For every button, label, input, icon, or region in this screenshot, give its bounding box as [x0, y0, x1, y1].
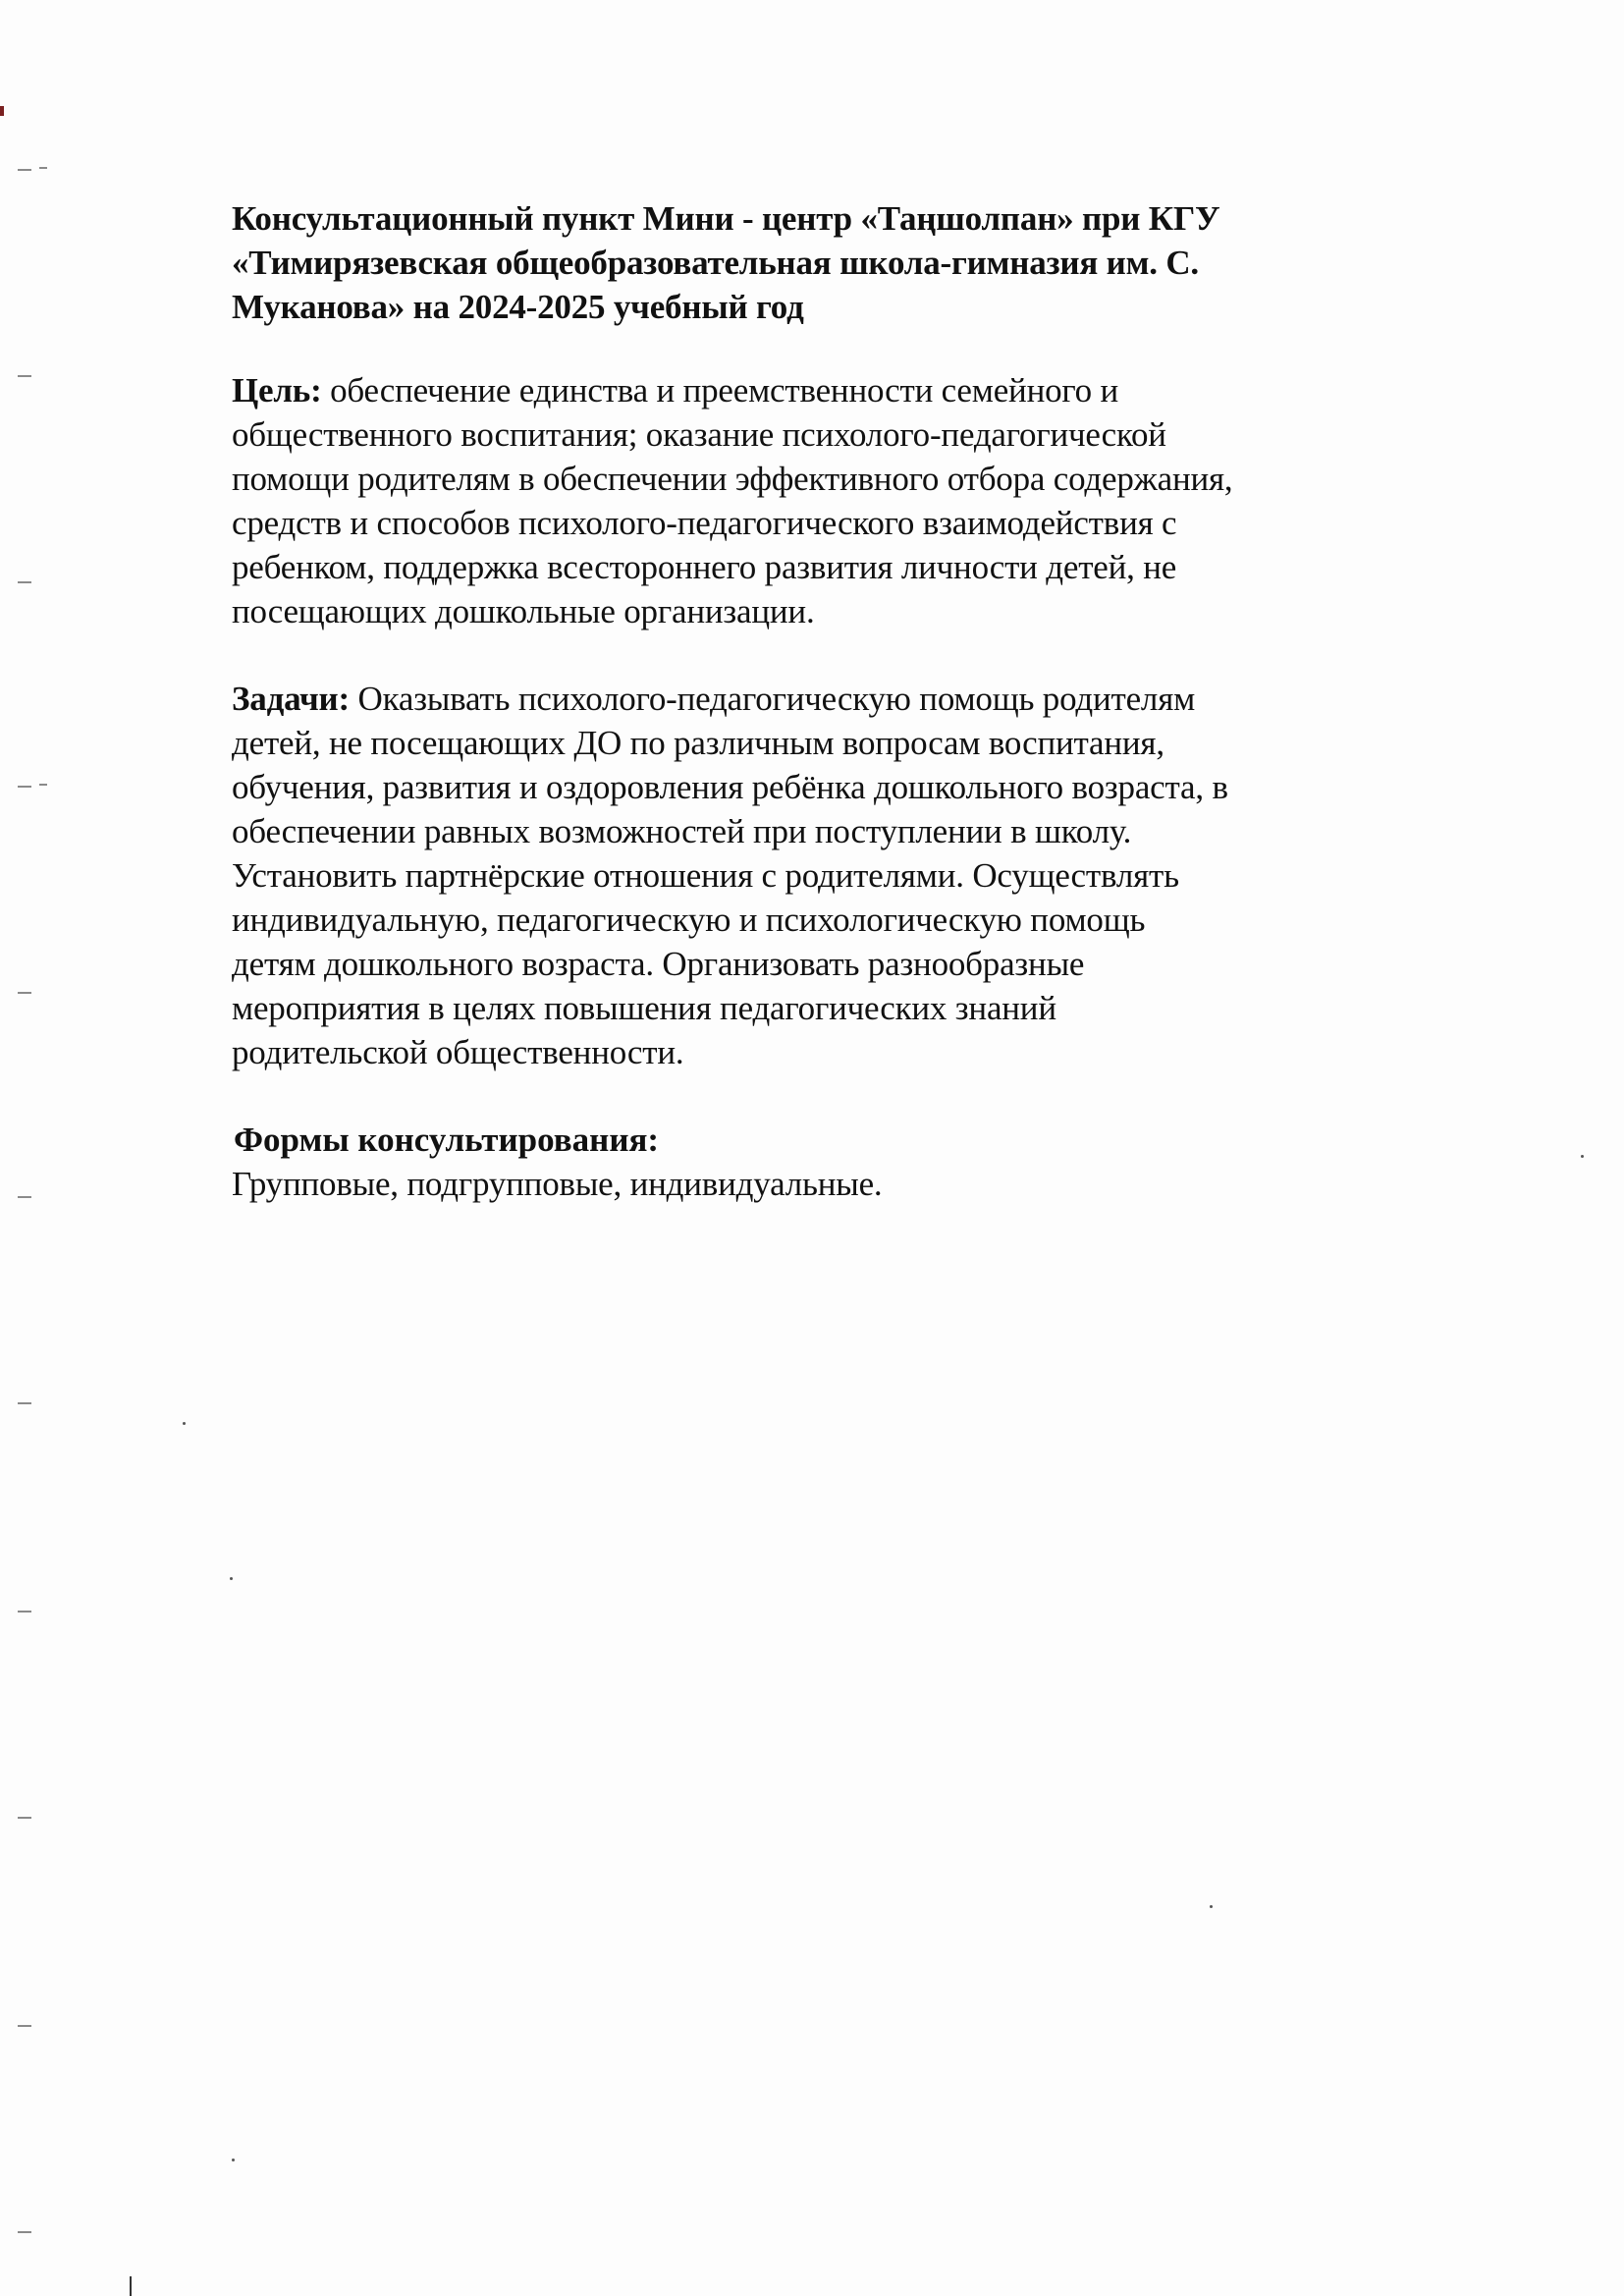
- tasks-line: детям дошкольного возраста. Организовать…: [232, 942, 1410, 986]
- goal-line: средств и способов психолого-педагогичес…: [232, 501, 1410, 545]
- tasks-section: Задачи: Оказывать психолого-педагогическ…: [232, 677, 1410, 1074]
- goal-text: обеспечение единства и преемственности с…: [322, 371, 1119, 410]
- tasks-line: родительской общественности.: [232, 1030, 1410, 1074]
- forms-text: Групповые, подгрупповые, индивидуальные.: [232, 1162, 1410, 1206]
- scan-speck: [230, 1577, 233, 1580]
- tasks-line: детей, не посещающих ДО по различным воп…: [232, 721, 1410, 765]
- margin-mark: [18, 1817, 31, 1819]
- tasks-line: мероприятия в целях повышения педагогиче…: [232, 986, 1410, 1030]
- margin-mark: [39, 167, 47, 169]
- goal-line-1: Цель: обеспечение единства и преемственн…: [232, 368, 1410, 412]
- margin-mark: [18, 1402, 31, 1404]
- margin-mark: [18, 1611, 31, 1613]
- tasks-line: обеспечении равных возможностей при пост…: [232, 809, 1410, 853]
- margin-mark: [18, 786, 31, 788]
- margin-mark: [39, 784, 47, 786]
- title-line: Консультационный пункт Мини - центр «Таң…: [232, 196, 1410, 241]
- document-body: Консультационный пункт Мини - центр «Таң…: [232, 196, 1410, 1206]
- document-title: Консультационный пункт Мини - центр «Таң…: [232, 196, 1410, 329]
- margin-mark: [18, 169, 31, 171]
- goal-line: посещающих дошкольные организации.: [232, 589, 1410, 633]
- forms-heading: Формы консультирования:: [232, 1118, 1410, 1162]
- margin-mark: [18, 375, 31, 377]
- tasks-line: индивидуальную, педагогическую и психоло…: [232, 898, 1410, 942]
- scan-edge-tick: [130, 2276, 132, 2296]
- tasks-text: Оказывать психолого-педагогическую помощ…: [350, 680, 1195, 718]
- title-line: «Тимирязевская общеобразовательная школа…: [232, 241, 1410, 285]
- goal-line: ребенком, поддержка всестороннего развит…: [232, 545, 1410, 589]
- scan-speck: [183, 1422, 186, 1425]
- scanned-page: Консультационный пункт Мини - центр «Таң…: [0, 0, 1624, 2296]
- margin-mark: [18, 2025, 31, 2027]
- forms-section: Формы консультирования: Групповые, подгр…: [232, 1118, 1410, 1206]
- tasks-line: обучения, развития и оздоровления ребёнк…: [232, 765, 1410, 809]
- goal-label: Цель:: [232, 371, 322, 410]
- margin-mark: [18, 992, 31, 994]
- goal-line: помощи родителям в обеспечении эффективн…: [232, 457, 1410, 501]
- goal-line: общественного воспитания; оказание психо…: [232, 412, 1410, 457]
- scan-edge-mark: [0, 106, 4, 116]
- tasks-line: Установить партнёрские отношения с родит…: [232, 853, 1410, 898]
- title-line: Муканова» на 2024-2025 учебный год: [232, 285, 1410, 329]
- tasks-line-1: Задачи: Оказывать психолого-педагогическ…: [232, 677, 1410, 721]
- tasks-label: Задачи:: [232, 680, 350, 718]
- margin-mark: [18, 2231, 31, 2233]
- margin-mark: [18, 581, 31, 583]
- scan-speck: [232, 2159, 235, 2161]
- scan-speck: [1210, 1905, 1213, 1908]
- goal-section: Цель: обеспечение единства и преемственн…: [232, 368, 1410, 633]
- scan-speck: [1581, 1155, 1584, 1158]
- margin-mark: [18, 1196, 31, 1198]
